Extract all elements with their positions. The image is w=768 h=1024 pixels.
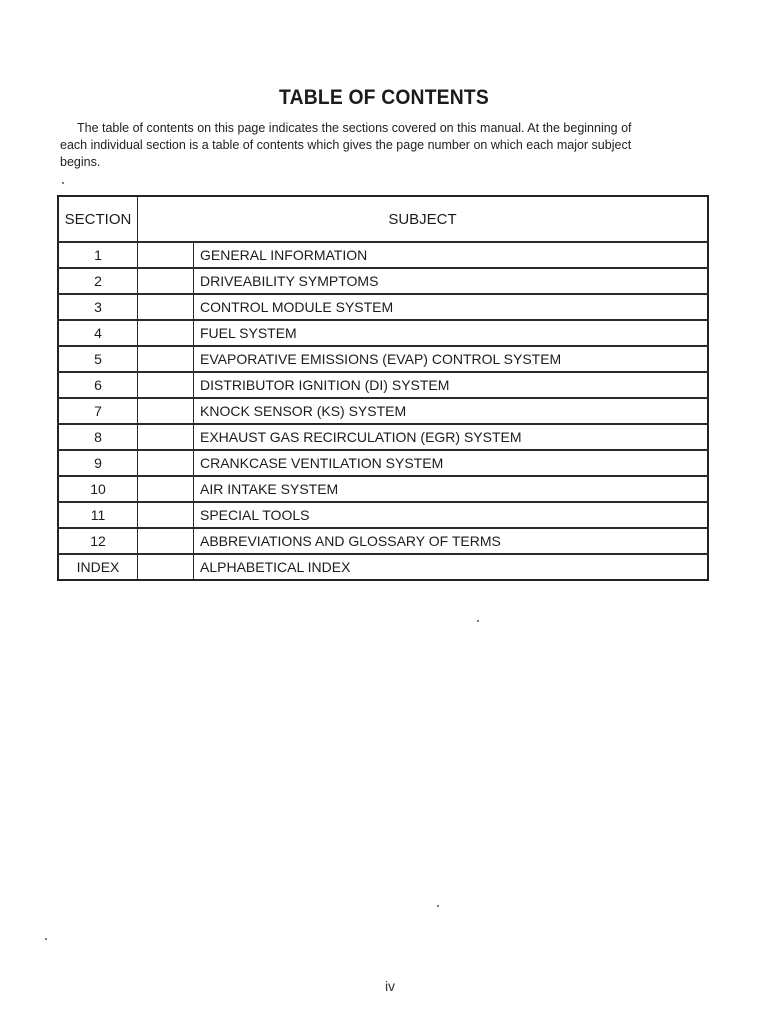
intro-line-3: begins.	[60, 154, 700, 171]
subject-title: FUEL SYSTEM	[194, 320, 709, 346]
blank-cell	[138, 320, 194, 346]
subject-title: SPECIAL TOOLS	[194, 502, 709, 528]
table-header-row: SECTION SUBJECT	[58, 196, 708, 242]
scan-speck	[477, 620, 479, 622]
blank-cell	[138, 398, 194, 424]
section-number: 4	[58, 320, 138, 346]
table-row: 5EVAPORATIVE EMISSIONS (EVAP) CONTROL SY…	[58, 346, 708, 372]
section-number: 3	[58, 294, 138, 320]
table-row: 10AIR INTAKE SYSTEM	[58, 476, 708, 502]
subject-column-header: SUBJECT	[138, 196, 709, 242]
blank-cell	[138, 450, 194, 476]
section-number: 2	[58, 268, 138, 294]
blank-cell	[138, 424, 194, 450]
intro-paragraph: The table of contents on this page indic…	[60, 120, 700, 171]
section-number: 11	[58, 502, 138, 528]
blank-cell	[138, 242, 194, 268]
section-number: 9	[58, 450, 138, 476]
subject-title: ABBREVIATIONS AND GLOSSARY OF TERMS	[194, 528, 709, 554]
section-number: INDEX	[58, 554, 138, 580]
table-row: 7KNOCK SENSOR (KS) SYSTEM	[58, 398, 708, 424]
section-column-header: SECTION	[58, 196, 138, 242]
page-title: TABLE OF CONTENTS	[31, 86, 738, 110]
table-row: 6DISTRIBUTOR IGNITION (DI) SYSTEM	[58, 372, 708, 398]
blank-cell	[138, 346, 194, 372]
blank-cell	[138, 372, 194, 398]
table-row: 11SPECIAL TOOLS	[58, 502, 708, 528]
contents-table: SECTION SUBJECT 1GENERAL INFORMATION2DRI…	[57, 195, 709, 581]
blank-cell	[138, 476, 194, 502]
section-number: 8	[58, 424, 138, 450]
scan-speck	[437, 905, 439, 907]
table-row: 3CONTROL MODULE SYSTEM	[58, 294, 708, 320]
table-row: 12ABBREVIATIONS AND GLOSSARY OF TERMS	[58, 528, 708, 554]
blank-cell	[138, 554, 194, 580]
section-number: 7	[58, 398, 138, 424]
blank-cell	[138, 528, 194, 554]
blank-cell	[138, 294, 194, 320]
table-row: 8EXHAUST GAS RECIRCULATION (EGR) SYSTEM	[58, 424, 708, 450]
table-row: 2DRIVEABILITY SYMPTOMS	[58, 268, 708, 294]
section-number: 6	[58, 372, 138, 398]
scan-speck	[45, 938, 47, 940]
subject-title: DRIVEABILITY SYMPTOMS	[194, 268, 709, 294]
subject-title: ALPHABETICAL INDEX	[194, 554, 709, 580]
subject-title: EVAPORATIVE EMISSIONS (EVAP) CONTROL SYS…	[194, 346, 709, 372]
section-number: 12	[58, 528, 138, 554]
table-row: 4FUEL SYSTEM	[58, 320, 708, 346]
subject-title: CRANKCASE VENTILATION SYSTEM	[194, 450, 709, 476]
subject-title: CONTROL MODULE SYSTEM	[194, 294, 709, 320]
table-row: 1GENERAL INFORMATION	[58, 242, 708, 268]
scan-speck	[62, 182, 64, 184]
page-number: iv	[0, 978, 768, 994]
intro-line-2: each individual section is a table of co…	[60, 137, 700, 154]
table-row: INDEXALPHABETICAL INDEX	[58, 554, 708, 580]
section-number: 10	[58, 476, 138, 502]
table-row: 9CRANKCASE VENTILATION SYSTEM	[58, 450, 708, 476]
intro-line-1: The table of contents on this page indic…	[60, 120, 700, 137]
subject-title: AIR INTAKE SYSTEM	[194, 476, 709, 502]
blank-cell	[138, 502, 194, 528]
subject-title: KNOCK SENSOR (KS) SYSTEM	[194, 398, 709, 424]
section-number: 5	[58, 346, 138, 372]
section-number: 1	[58, 242, 138, 268]
subject-title: DISTRIBUTOR IGNITION (DI) SYSTEM	[194, 372, 709, 398]
blank-cell	[138, 268, 194, 294]
subject-title: EXHAUST GAS RECIRCULATION (EGR) SYSTEM	[194, 424, 709, 450]
subject-title: GENERAL INFORMATION	[194, 242, 709, 268]
